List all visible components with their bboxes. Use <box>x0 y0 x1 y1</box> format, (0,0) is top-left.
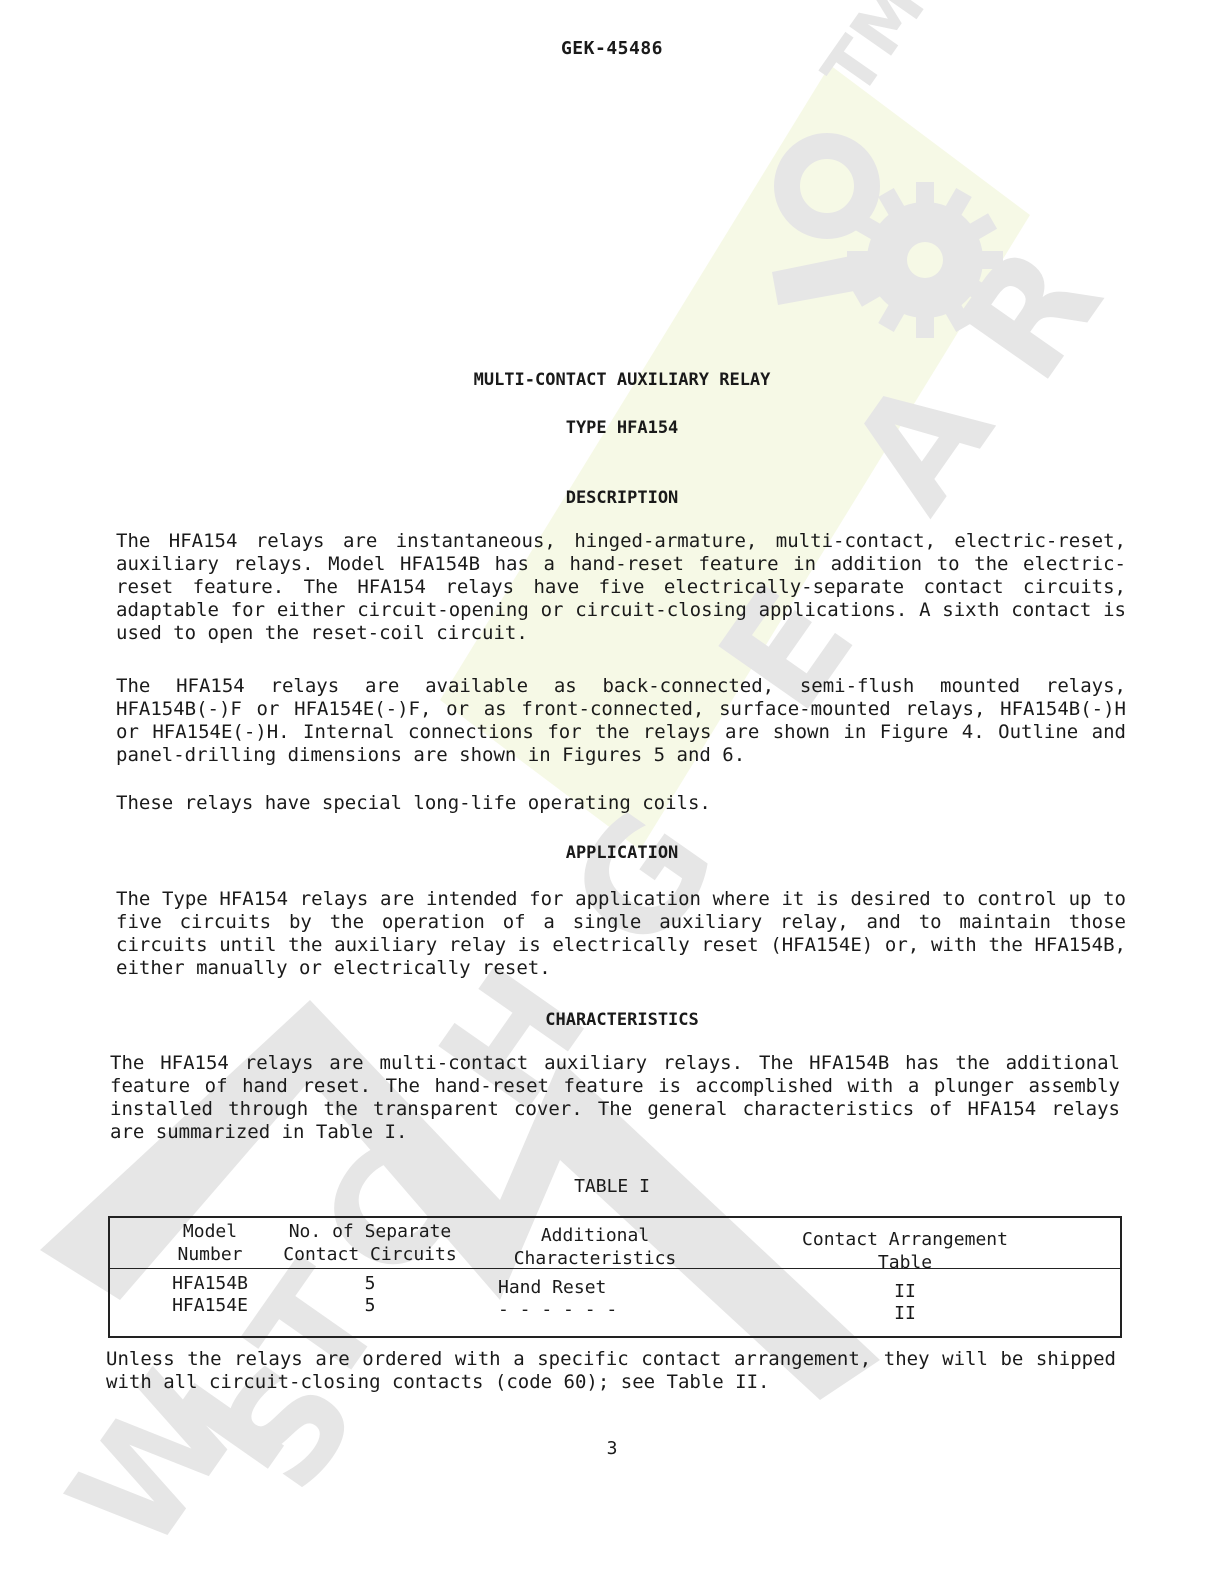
cell-arrangement-table: II <box>770 1302 1040 1325</box>
document-title: MULTI-CONTACT AUXILIARY RELAY <box>0 370 1224 390</box>
table-header-model-number: Model Number <box>150 1220 270 1266</box>
table-caption: TABLE I <box>0 1176 1224 1197</box>
cell-circuits: 5 <box>270 1272 470 1295</box>
table-header-additional-characteristics: Additional Characteristics <box>495 1224 695 1270</box>
description-paragraph-1: The HFA154 relays are instantaneous, hin… <box>116 530 1126 645</box>
description-paragraph-2: The HFA154 relays are available as back-… <box>116 675 1126 767</box>
document-page: GEK-45486 MULTI-CONTACT AUXILIARY RELAY … <box>0 0 1224 1584</box>
table-header-contact-circuits: No. of Separate Contact Circuits <box>270 1220 470 1266</box>
cell-arrangement-table: II <box>770 1280 1040 1303</box>
table-i: Model Number No. of Separate Contact Cir… <box>108 1216 1122 1338</box>
section-heading-application: APPLICATION <box>0 843 1224 863</box>
section-heading-description: DESCRIPTION <box>0 488 1224 508</box>
application-paragraph: The Type HFA154 relays are intended for … <box>116 888 1126 980</box>
closing-paragraph: Unless the relays are ordered with a spe… <box>106 1348 1116 1394</box>
section-heading-characteristics: CHARACTERISTICS <box>0 1010 1224 1030</box>
cell-circuits: 5 <box>270 1294 470 1317</box>
description-paragraph-3: These relays have special long-life oper… <box>116 792 1126 815</box>
document-number: GEK-45486 <box>0 38 1224 59</box>
cell-model: HFA154B <box>150 1272 270 1295</box>
characteristics-paragraph: The HFA154 relays are multi-contact auxi… <box>110 1052 1120 1144</box>
document-subtitle: TYPE HFA154 <box>0 418 1224 438</box>
cell-characteristics: - - - - - - <box>498 1298 698 1321</box>
cell-characteristics: Hand Reset <box>498 1276 698 1299</box>
page-number: 3 <box>0 1438 1224 1459</box>
table-header-contact-arrangement: Contact Arrangement Table <box>770 1228 1040 1274</box>
cell-model: HFA154E <box>150 1294 270 1317</box>
